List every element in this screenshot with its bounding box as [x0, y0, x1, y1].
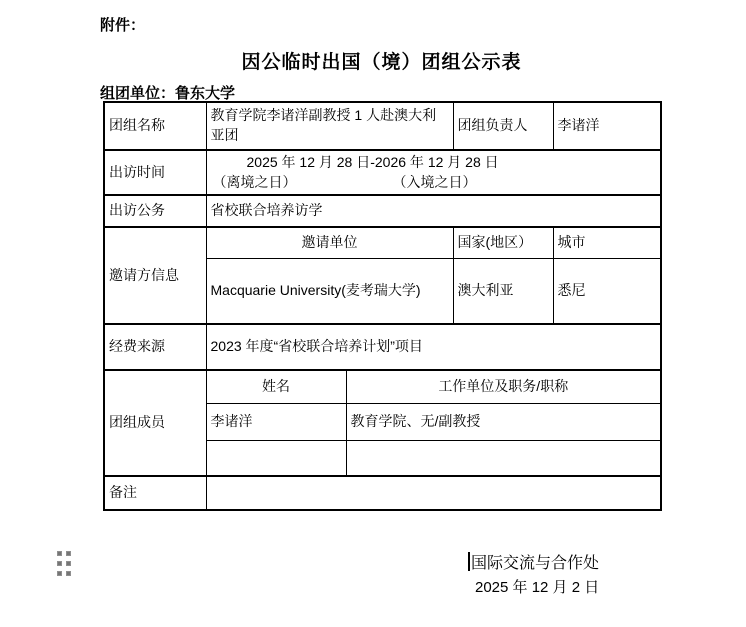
member-work: 教育学院、无/副教授	[346, 403, 661, 440]
entry-note: （入境之日）	[393, 173, 477, 193]
inviter-unit-value: Macquarie University(麦考瑞大学)	[206, 258, 453, 324]
signature-department-line: 国际交流与合作处	[468, 550, 599, 573]
visit-duty-value: 省校联合培养访学	[206, 195, 661, 227]
funding-value: 2023 年度“省校联合培养计划”项目	[206, 324, 661, 370]
inviter-country-value: 澳大利亚	[453, 258, 553, 324]
notice-table: 团组名称 教育学院李诸洋副教授 1 人赴澳大利亚团 团组负责人 李诸洋 出访时间…	[103, 101, 662, 511]
funding-label: 经费来源	[104, 324, 206, 370]
document-page: 附件： 因公临时出国（境）团组公示表 组团单位：鲁东大学 团组名称 教育学院李诸…	[0, 0, 746, 627]
visit-duty-label: 出访公务	[104, 195, 206, 227]
group-name-value: 教育学院李诸洋副教授 1 人赴澳大利亚团	[206, 102, 453, 150]
inviter-city-value: 悉尼	[553, 258, 661, 324]
visit-time-dates: 2025 年 12 月 28 日-2026 年 12 月 28 日	[211, 153, 657, 173]
handle-dot	[57, 561, 62, 566]
inviter-country-header: 国家(地区）	[453, 227, 553, 258]
remarks-value	[206, 476, 661, 510]
handle-dot	[57, 571, 62, 576]
org-unit-line: 组团单位：鲁东大学	[100, 82, 235, 103]
group-leader-label: 团组负责人	[453, 102, 553, 150]
members-name-header: 姓名	[206, 370, 346, 403]
member-name: 李诸洋	[206, 403, 346, 440]
visit-time-notes: （离境之日） （入境之日）	[211, 173, 657, 193]
members-label: 团组成员	[104, 370, 206, 476]
handle-dot	[57, 551, 62, 556]
table-drag-handle-icon[interactable]	[57, 551, 71, 576]
signature-date: 2025 年 12 月 2 日	[468, 576, 599, 597]
signature-block: 国际交流与合作处 2025 年 12 月 2 日	[468, 550, 599, 597]
inviter-unit-header: 邀请单位	[206, 227, 453, 258]
text-caret	[468, 552, 470, 571]
visit-time-value: 2025 年 12 月 28 日-2026 年 12 月 28 日 （离境之日）…	[206, 150, 661, 195]
departure-note: （离境之日）	[213, 173, 297, 193]
visit-time-label: 出访时间	[104, 150, 206, 195]
handle-dot	[66, 551, 71, 556]
inviter-label: 邀请方信息	[104, 227, 206, 324]
group-name-label: 团组名称	[104, 102, 206, 150]
remarks-label: 备注	[104, 476, 206, 510]
notice-form: 团组名称 教育学院李诸洋副教授 1 人赴澳大利亚团 团组负责人 李诸洋 出访时间…	[103, 101, 662, 511]
group-leader-value: 李诸洋	[553, 102, 661, 150]
member-work-empty	[346, 440, 661, 476]
members-work-header: 工作单位及职务/职称	[346, 370, 661, 403]
page-title: 因公临时出国（境）团组公示表	[103, 47, 660, 74]
handle-dot	[66, 571, 71, 576]
signature-department: 国际交流与合作处	[471, 550, 599, 573]
attachment-label: 附件：	[100, 14, 145, 35]
handle-dot	[66, 561, 71, 566]
inviter-city-header: 城市	[553, 227, 661, 258]
member-name-empty	[206, 440, 346, 476]
